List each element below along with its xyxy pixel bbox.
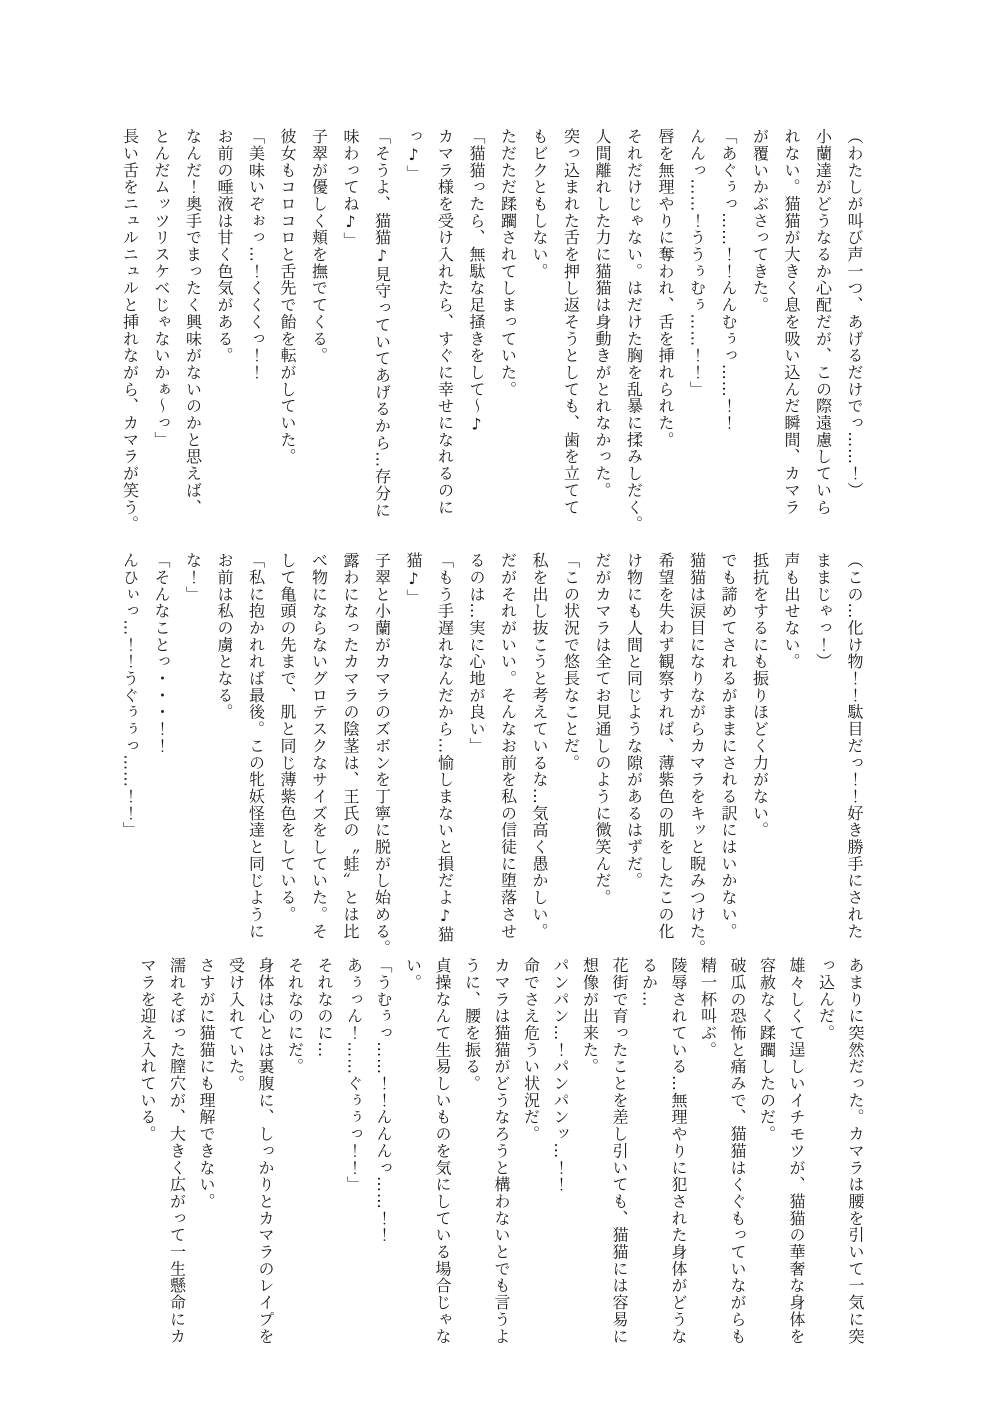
text-line: 受け入れていた。 — [221, 957, 251, 1357]
text-line: 唇を無理やりに奪われ、舌を挿れられた。 — [650, 128, 682, 540]
text-line: 猫♪」 — [398, 552, 430, 960]
text-line: 花街で育ったことを差し引いても、猫猫には容易に — [605, 957, 635, 1357]
text-line: 「この状況で悠長なことだ。 — [555, 552, 587, 960]
text-line: お前の唾液は甘く色気がある。 — [209, 128, 241, 540]
text-line: 長い舌をニュルニュルと挿れながら、カマラが笑う。 — [114, 128, 146, 540]
text-line: 味わってね♪」 — [335, 128, 367, 540]
text-line: 彼女もコロコロと舌先で飴を転がしていた。 — [272, 128, 304, 540]
text-line: 「猫猫ったら、無駄な足掻きをして～♪ — [461, 128, 493, 540]
text-line: カマラ様を受け入れたら、すぐに幸せになれるのに — [429, 128, 461, 540]
text-line: っ♪」 — [398, 128, 430, 540]
text-line: 陵辱されている…無理やりに犯された身体がどうな — [664, 957, 694, 1357]
text-line: （この…化け物！！駄目だっ！！好き勝手にされた — [839, 552, 871, 960]
text-line: 「そうよ、猫猫♪見守っていてあげるから…存分に — [366, 128, 398, 540]
text-line: 子翠が優しく頬を撫でてくる。 — [303, 128, 335, 540]
text-line: 猫猫は涙目になりながらカマラをキッと睨みつけた。 — [681, 552, 713, 960]
text-line: 「そんなことっ・・・！！ — [146, 552, 178, 960]
text-line: 破瓜の恐怖と痛みで、猫猫はくぐもっていながらも — [723, 957, 753, 1357]
text-line: っ込んだ。 — [811, 957, 841, 1357]
text-line: それなのに… — [310, 957, 340, 1357]
text-line: 命でさえ危うい状況だ。 — [516, 957, 546, 1357]
text-line: マラを迎え入れている。 — [133, 957, 163, 1357]
text-line: 人間離れした力に猫猫は身動きがとれなかった。 — [587, 128, 619, 540]
text-line: 「美味いぞぉっ…！くくくっ！！ — [240, 128, 272, 540]
text-line: 想像が出来た。 — [575, 957, 605, 1357]
text-line: とんだムッツリスケベじゃないかぁ～っ」 — [146, 128, 178, 540]
text-line: （わたしが叫び声一つ、あげるだけでっ……！） — [839, 128, 871, 540]
text-line: 小蘭達がどうなるか心配だが、この際遠慮していら — [807, 128, 839, 540]
text-line: 「うむぅっ……！！んんんっ……！！ — [369, 957, 399, 1357]
text-line: もビクともしない。 — [524, 128, 556, 540]
text-line: 「あぐぅっ……！！んんむぅっ……！！ — [713, 128, 745, 540]
text-line: んんっ……！ううぅむぅ……！！」 — [681, 128, 713, 540]
text-line: んひぃっ…！！うぐぅぅっ……！！」 — [114, 552, 146, 960]
text-line: 精一杯叫ぶ。 — [693, 957, 723, 1357]
text-line: ただただ蹂躙されてしまっていた。 — [492, 128, 524, 540]
text-line: 希望を失わず観察すれば、薄紫色の肌をしたこの化 — [650, 552, 682, 960]
text-line: 濡れそぼった膣穴が、大きく広がって一生懸命にカ — [162, 957, 192, 1357]
text-line: さすがに猫猫にも理解できない。 — [192, 957, 222, 1357]
text-line: が覆いかぶさってきた。 — [744, 128, 776, 540]
text-section-middle: （この…化け物！！駄目だっ！！好き勝手にされたままじゃっ！）声も出せない。抵抗を… — [114, 552, 870, 960]
text-line: あまりに突然だった。カマラは腰を引いて一気に突 — [841, 957, 871, 1357]
text-line: 雄々しくて逞しいイチモツが、猫猫の華奢な身体を — [782, 957, 812, 1357]
text-line: カマラは猫猫がどうなろうと構わないとでも言うよ — [487, 957, 517, 1357]
text-line: して亀頭の先まで、肌と同じ薄紫色をしている。 — [272, 552, 304, 960]
text-line: るか… — [634, 957, 664, 1357]
text-line: け物にも人間と同じような隙があるはずだ。 — [618, 552, 650, 960]
text-line: うに、腰を振る。 — [457, 957, 487, 1357]
text-section-bottom: あまりに突然だった。カマラは腰を引いて一気に突っ込んだ。雄々しくて逞しいイチモツ… — [133, 957, 871, 1357]
text-line: 「もう手遅れなんだから…愉しまないと損だよ♪猫 — [429, 552, 461, 960]
text-line: それなのにだ。 — [280, 957, 310, 1357]
text-line: なんだ！奥手でまったく興味がないのかと思えば、 — [177, 128, 209, 540]
text-line: ままじゃっ！） — [807, 552, 839, 960]
text-line: べ物にならないグロテスクなサイズをしていた。そ — [303, 552, 335, 960]
text-line: 貞操なんて生易しいものを気にしている場合じゃな — [428, 957, 458, 1357]
text-line: でも諦めてされるがままにされる訳にはいかない。 — [713, 552, 745, 960]
text-line: だがそれがいい。そんなお前を私の信徒に堕落させ — [492, 552, 524, 960]
text-line: だがカマラは全てお見通しのように微笑んだ。 — [587, 552, 619, 960]
text-line: 露わになったカマラの陰茎は、王氏の〝蛙〟とは比 — [335, 552, 367, 960]
novel-page: （わたしが叫び声一つ、あげるだけでっ……！）小蘭達がどうなるか心配だが、この際遠… — [0, 0, 1000, 1413]
text-line: それだけじゃない。はだけた胸を乱暴に揉みしだく。 — [618, 128, 650, 540]
text-line: 「私に抱かれれば最後。この牝妖怪達と同じように — [240, 552, 272, 960]
text-line: 抵抗をするにも振りほどく力がない。 — [744, 552, 776, 960]
text-line: な！」 — [177, 552, 209, 960]
text-line: 子翠と小蘭がカマラのズボンを丁寧に脱がし始める。 — [366, 552, 398, 960]
text-section-top: （わたしが叫び声一つ、あげるだけでっ……！）小蘭達がどうなるか心配だが、この際遠… — [114, 128, 870, 540]
text-line: 突っ込まれた舌を押し返そうとしても、歯を立てて — [555, 128, 587, 540]
text-line: 容赦なく蹂躙したのだ。 — [752, 957, 782, 1357]
text-line: お前は私の虜となる。 — [209, 552, 241, 960]
text-line: あぅっん！……ぐぅぅっ！！」 — [339, 957, 369, 1357]
text-line: れない。猫猫が大きく息を吸い込んだ瞬間、カマラ — [776, 128, 808, 540]
text-line: 身体は心とは裏腹に、しっかりとカマラのレイプを — [251, 957, 281, 1357]
text-line: 私を出し抜こうと考えているな…気高く愚かしい。 — [524, 552, 556, 960]
text-line: るのは…実に心地が良い」 — [461, 552, 493, 960]
text-line: 声も出せない。 — [776, 552, 808, 960]
text-line: い。 — [398, 957, 428, 1357]
text-line: パンパン…！パンパンッ…！！ — [546, 957, 576, 1357]
